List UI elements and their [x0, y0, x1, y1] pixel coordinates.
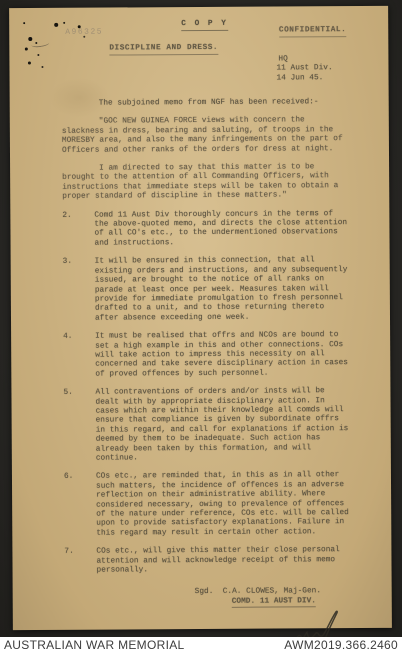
paragraph-text: Comd 11 Aust Div thoroughly concurs in t… — [94, 210, 349, 249]
quoted-paragraph: I am directed to say that this matter is… — [62, 163, 349, 202]
paragraph-number: 4. — [63, 333, 95, 380]
document-body: The subjoined memo from NGF has been rec… — [62, 98, 352, 609]
paragraph-text: It will be ensured in this connection, t… — [95, 256, 350, 323]
paragraph-6: 6. COs etc., are reminded that, in this … — [64, 471, 351, 539]
signatory-title: COMD. 11 AUST DIV. — [232, 597, 316, 608]
classification-marking: CONFIDENTIAL. — [279, 26, 346, 38]
unit-date-block: HQ 11 Aust Div. 14 Jun 45. — [276, 55, 332, 84]
institution-name: AUSTRALIAN WAR MEMORIAL — [4, 638, 184, 652]
pencil-mark — [31, 40, 50, 49]
intro-line: The subjoined memo from NGF has been rec… — [62, 98, 349, 109]
quoted-paragraph: "GOC NEW GUINEA FORCE views with concern… — [62, 116, 349, 155]
paragraph-number: 5. — [63, 389, 95, 464]
signatory-name: C.A. CLOWES, Maj-Gen. — [223, 588, 321, 597]
paragraph-5: 5. All contraventions of orders and/or i… — [63, 387, 350, 464]
paragraph-text: COs etc., will give this matter their cl… — [96, 546, 351, 576]
paragraph-7: 7. COs etc., will give this matter their… — [64, 546, 351, 576]
paragraph-2: 2. Comd 11 Aust Div thoroughly concurs i… — [62, 210, 349, 249]
paragraph-number: 2. — [62, 211, 94, 249]
paragraph-text: COs etc., are reminded that, in this as … — [96, 471, 351, 538]
paragraph-3: 3. It will be ensured in this connection… — [63, 256, 350, 324]
document-title: DISCIPLINE AND DRESS. — [109, 44, 218, 56]
archive-caption-bar: AUSTRALIAN WAR MEMORIAL AWM2019.366.2460 — [0, 637, 402, 653]
document-date: 14 Jun 45. — [277, 74, 333, 84]
copy-label: C O P Y — [181, 20, 228, 32]
paragraph-number: 6. — [64, 473, 96, 539]
paragraph-4: 4. It must be realised that offrs and NC… — [63, 331, 350, 380]
signature-block: Sgd. C.A. CLOWES, Maj-Gen.COMD. 11 AUST … — [195, 588, 352, 609]
photograph-background: A96325 C O P Y CONFIDENTIAL. DISCIPLINE … — [0, 0, 402, 637]
ink-specks — [23, 22, 25, 24]
paragraph-number: 3. — [63, 258, 95, 324]
paragraph-text: All contraventions of orders and/or inst… — [95, 387, 350, 464]
unit-name: 11 Aust Div. — [276, 65, 332, 75]
paragraph-number: 7. — [64, 548, 96, 576]
sgd-label: Sgd. — [195, 588, 214, 596]
document-paper: A96325 C O P Y CONFIDENTIAL. DISCIPLINE … — [9, 6, 392, 630]
paragraph-text: It must be realised that offrs and NCOs … — [95, 331, 350, 380]
catalog-number: AWM2019.366.2460 — [284, 638, 398, 652]
registry-stamp: A96325 — [65, 28, 103, 38]
handwritten-initials — [290, 609, 344, 637]
